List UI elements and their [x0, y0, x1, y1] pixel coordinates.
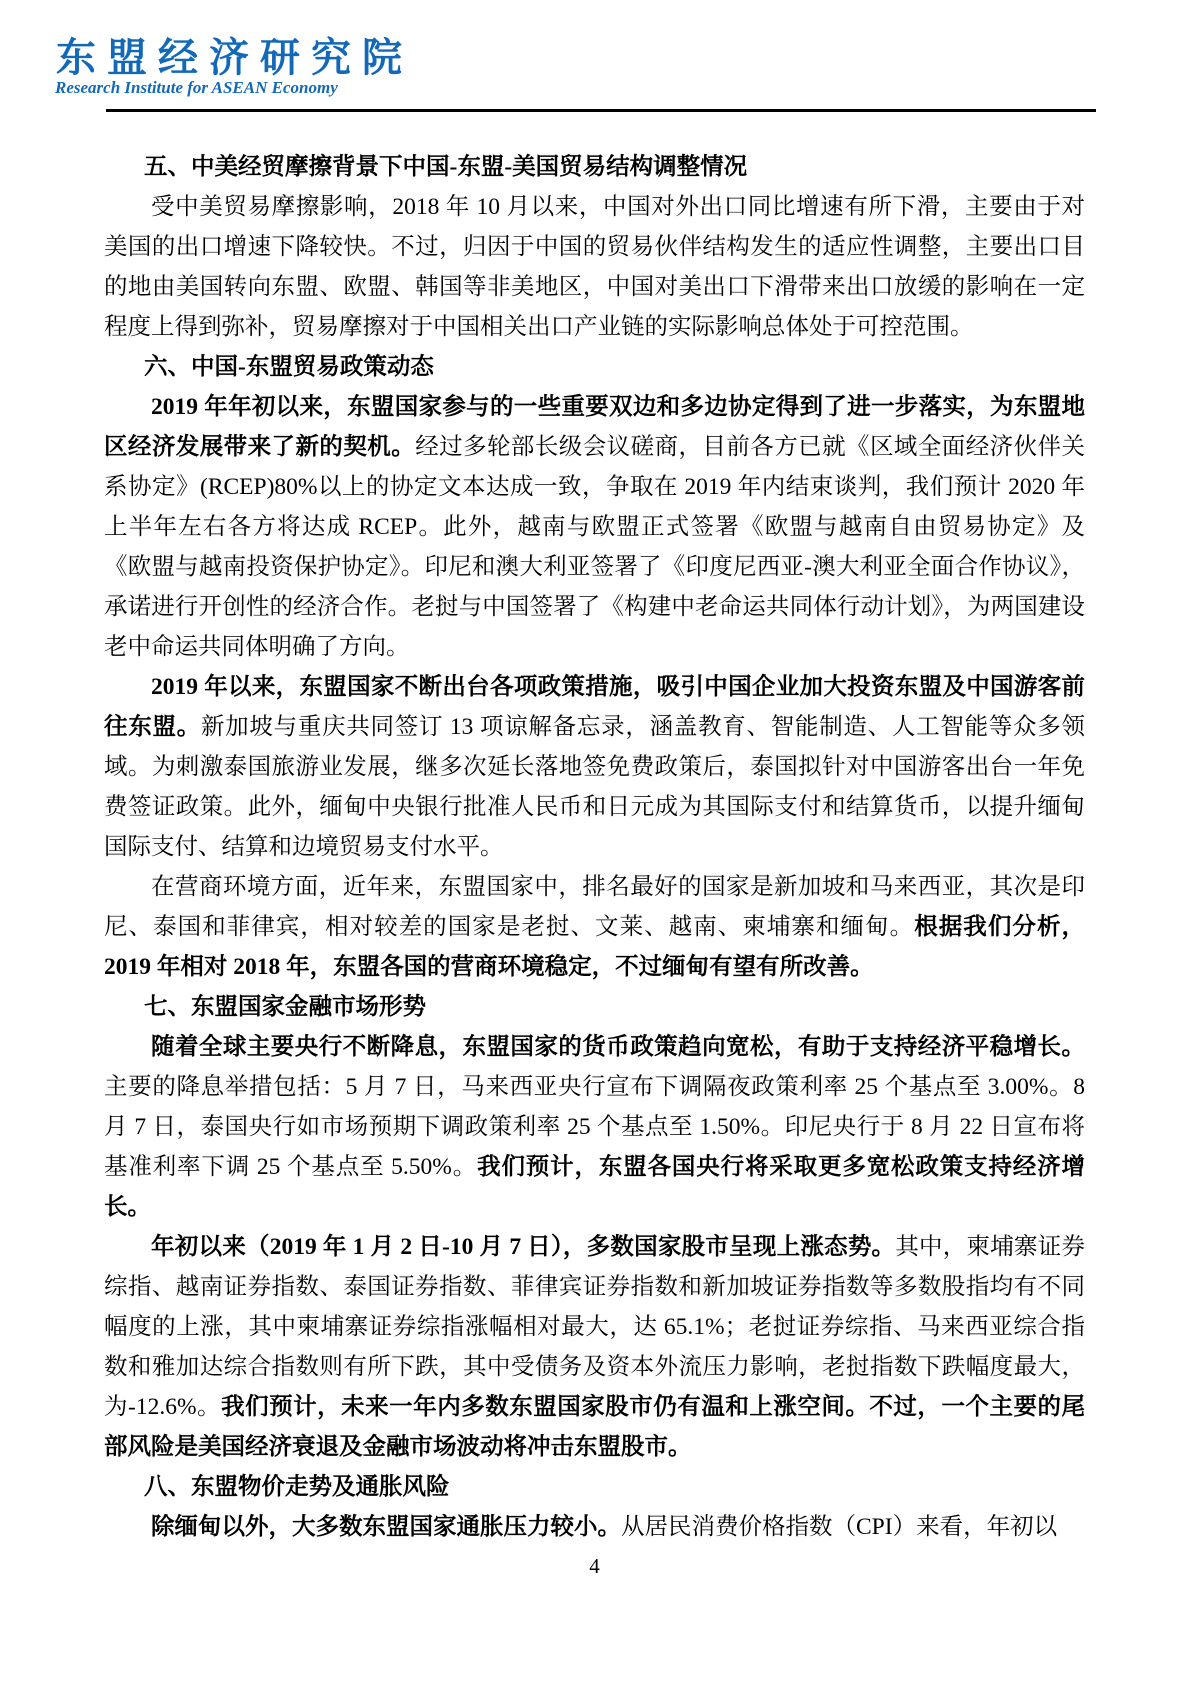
- paragraph: 2019 年年初以来，东盟国家参与的一些重要双边和多边协定得到了进一步落实，为东…: [104, 387, 1085, 667]
- section-heading: 六、中国-东盟贸易政策动态: [104, 347, 1085, 387]
- text-run: 从居民消费价格指数（CPI）来看，年初以: [621, 1514, 1057, 1540]
- institute-logo-en: Research Institute for ASEAN Economy: [55, 78, 338, 98]
- emphasis-text-run: 随着全球主要央行不断降息，东盟国家的货币政策趋向宽松，有助于支持经济平稳增长。: [151, 1034, 1085, 1060]
- document-page: 东盟经济研究院 Research Institute for ASEAN Eco…: [0, 0, 1191, 1684]
- paragraph: 在营商环境方面，近年来，东盟国家中，排名最好的国家是新加坡和马来西亚，其次是印尼…: [104, 867, 1085, 987]
- header-rule: [106, 109, 1096, 112]
- paragraph: 除缅甸以外，大多数东盟国家通胀压力较小。从居民消费价格指数（CPI）来看，年初以: [104, 1507, 1085, 1547]
- text-run: 经过多轮部长级会议磋商，目前各方已就《区域全面经济伙伴关系协定》(RCEP)80…: [104, 434, 1085, 660]
- section-heading: 八、东盟物价走势及通胀风险: [104, 1467, 1085, 1507]
- institute-logo-cn: 东盟经济研究院: [56, 26, 413, 83]
- paragraph: 年初以来（2019 年 1 月 2 日-10 月 7 日），多数国家股市呈现上涨…: [104, 1227, 1085, 1467]
- paragraph: 随着全球主要央行不断降息，东盟国家的货币政策趋向宽松，有助于支持经济平稳增长。主…: [104, 1027, 1085, 1227]
- text-run: 受中美贸易摩擦影响，2018 年 10 月以来，中国对外出口同比增速有所下滑，主…: [104, 194, 1085, 340]
- section-heading: 五、中美经贸摩擦背景下中国-东盟-美国贸易结构调整情况: [104, 147, 1085, 187]
- text-run: 新加坡与重庆共同签订 13 项谅解备忘录，涵盖教育、智能制造、人工智能等众多领域…: [104, 714, 1085, 860]
- paragraph: 受中美贸易摩擦影响，2018 年 10 月以来，中国对外出口同比增速有所下滑，主…: [104, 187, 1085, 347]
- paragraph: 2019 年以来，东盟国家不断出台各项政策措施，吸引中国企业加大投资东盟及中国游…: [104, 667, 1085, 867]
- section-heading: 七、东盟国家金融市场形势: [104, 987, 1085, 1027]
- text-run: 其中，柬埔寨证券综指、越南证券指数、泰国证券指数、菲律宾证券指数和新加坡证券指数…: [104, 1234, 1085, 1420]
- emphasis-text-run: 年初以来（2019 年 1 月 2 日-10 月 7 日），多数国家股市呈现上涨…: [151, 1234, 895, 1260]
- page-number: 4: [589, 1554, 600, 1578]
- emphasis-text-run: 除缅甸以外，大多数东盟国家通胀压力较小。: [151, 1514, 621, 1540]
- document-body: 五、中美经贸摩擦背景下中国-东盟-美国贸易结构调整情况受中美贸易摩擦影响，201…: [104, 147, 1085, 1547]
- page-footer: 4: [104, 1553, 1085, 1579]
- emphasis-text-run: 我们预计，未来一年内多数东盟国家股市仍有温和上涨空间。不过，一个主要的尾部风险是…: [104, 1394, 1085, 1460]
